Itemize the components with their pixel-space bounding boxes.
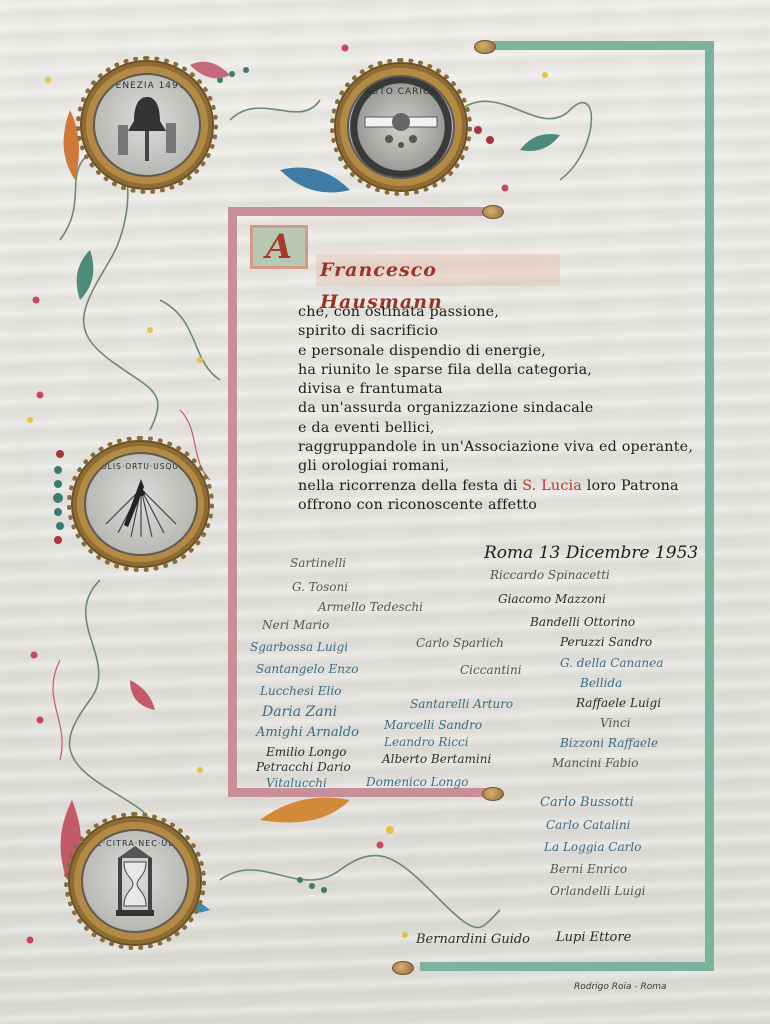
medallion-venezia: VENEZIA 1497 <box>82 62 212 188</box>
signature: Raffaele Luigi <box>576 696 661 710</box>
medallion-inscription: VENEZIA 1497 <box>95 81 199 91</box>
initial-letter: A <box>266 227 292 267</box>
hourglass-icon <box>110 844 160 918</box>
signature: Carlo Sparlich <box>416 636 504 650</box>
sundial-icon <box>96 469 186 539</box>
watch-movement-icon <box>361 97 441 157</box>
body-line: ha riunito le sparse fila della categori… <box>298 361 718 380</box>
body-line: e da eventi bellici, <box>298 419 718 438</box>
signature: Santangelo Enzo <box>256 662 359 676</box>
maker-credit: Rodrigo Roia - Roma <box>574 982 667 992</box>
bud-ornament-icon <box>474 40 496 54</box>
signature: Bellida <box>580 676 622 690</box>
signature: Lupi Ettore <box>556 930 631 945</box>
body-line: divisa e frantumata <box>298 380 718 399</box>
recipient-name: Francesco Hausmann <box>316 254 560 286</box>
medallion-inscription: NEC·CITRA·NEC·ULTRA <box>83 839 187 848</box>
signature: Marcelli Sandro <box>384 718 482 732</box>
signature: Daria Zani <box>262 704 337 720</box>
signature: Armello Tedeschi <box>318 600 423 614</box>
signature: Giacomo Mazzoni <box>498 592 606 606</box>
body-line: che, con ostinata passione, <box>298 303 718 322</box>
signature: Carlo Catalini <box>546 818 631 832</box>
medallion-inscription: A·SOLIS·ORTU·USQUE·AD·OCCASUM <box>86 462 196 471</box>
feast-line-after: loro Patrona <box>582 478 679 494</box>
medallion-hourglass: NEC·CITRA·NEC·ULTRA <box>70 818 200 944</box>
bell-icon <box>112 85 182 165</box>
signature: Bandelli Ottorino <box>530 615 635 629</box>
signature: Sartinelli <box>290 556 346 570</box>
signature: Mancini Fabio <box>552 756 639 770</box>
signature: Ciccantini <box>460 663 522 677</box>
feast-line-before: nella ricorrenza della festa di <box>298 478 522 494</box>
signature: Vitalucchi <box>266 776 327 790</box>
pink-border-frame-top <box>237 207 482 216</box>
signature: G. della Cananea <box>560 656 663 670</box>
signature: Vinci <box>600 716 631 730</box>
signature: Lucchesi Elio <box>260 684 341 698</box>
bud-ornament-icon <box>392 961 414 975</box>
signature: Orlandelli Luigi <box>550 884 645 898</box>
feast-line: nella ricorrenza della festa di S. Lucia… <box>298 477 718 496</box>
illuminated-initial: A <box>250 225 308 269</box>
bud-ornament-icon <box>482 205 504 219</box>
medallion-sundial: A·SOLIS·ORTU·USQUE·AD·OCCASUM <box>73 442 208 566</box>
patron-saint-name: S. Lucia <box>522 478 582 494</box>
body-line: e personale dispendio di energie, <box>298 342 718 361</box>
signature: Berni Enrico <box>550 862 627 876</box>
date-line: Roma 13 Dicembre 1953 <box>484 543 698 563</box>
medallion-auto-carica: AUTO CARICA <box>336 64 466 190</box>
signature: Petracchi Dario <box>256 760 351 774</box>
signature: Alberto Bertamini <box>382 752 491 766</box>
signature: Leandro Ricci <box>384 735 469 749</box>
green-border-frame-bottom <box>420 962 500 971</box>
signature: Peruzzi Sandro <box>560 635 652 649</box>
closing-line: offrono con riconoscente affetto <box>298 496 718 515</box>
signature: La Loggia Carlo <box>544 840 641 854</box>
body-line: da un'assurda organizzazione sindacale <box>298 399 718 418</box>
medallion-inscription: AUTO CARICA <box>349 87 453 97</box>
signature: Emilio Longo <box>266 745 347 759</box>
signature: Santarelli Arturo <box>410 697 513 711</box>
signature: Sgarbossa Luigi <box>250 640 348 654</box>
body-line: raggruppandole in un'Associazione viva e… <box>298 438 718 457</box>
signature: Domenico Longo <box>366 775 468 789</box>
signature: Neri Mario <box>262 618 329 632</box>
signature: Bizzoni Raffaele <box>560 736 658 750</box>
dedication-text: che, con ostinata passione, spirito di s… <box>298 303 718 515</box>
signature: Carlo Bussotti <box>540 795 634 810</box>
body-line: gli orologiai romani, <box>298 457 718 476</box>
signature: G. Tosoni <box>292 580 348 594</box>
body-line: spirito di sacrificio <box>298 322 718 341</box>
signature: Bernardini Guido <box>416 932 530 947</box>
signature: Riccardo Spinacetti <box>490 568 610 582</box>
signature: Amighi Arnaldo <box>256 725 359 740</box>
bud-ornament-icon <box>482 787 504 801</box>
